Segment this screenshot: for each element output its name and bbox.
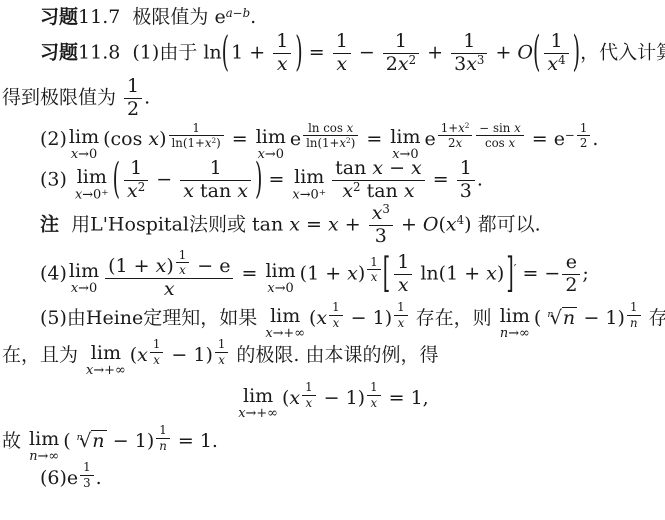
superscript: 1x (327, 301, 345, 329)
text-run: 1 (336, 30, 348, 52)
fraction: 1x (394, 301, 408, 329)
denominator: 2 (577, 135, 591, 149)
math-variable: x (179, 263, 186, 277)
math-variable: x (289, 213, 300, 235)
text-run: →0 (400, 147, 419, 162)
fence-body: 1x ln(1 + x) (390, 253, 506, 296)
fraction: 12 (124, 77, 142, 120)
math-variable: x (398, 53, 409, 75)
text-run: . (144, 86, 150, 108)
line-exercise-11-8-part5a: (5)由Heine定理知，如果 limx→+∞(x1x − 1)1x 存在，则 … (2, 301, 663, 336)
fraction: 1x (215, 338, 229, 366)
text-run: 3 (382, 202, 390, 216)
denominator: 3x3 (451, 53, 487, 75)
math-variable: x (156, 255, 167, 277)
text-run: 1 (153, 337, 161, 351)
text-run: 1 (210, 157, 222, 179)
math-variable: O (423, 213, 439, 235)
text-run: − (565, 127, 575, 141)
text-run: 故 (2, 430, 27, 452)
text-run: (2) (40, 128, 67, 150)
lim-subscript: x→0+ (292, 189, 326, 202)
numerator: 1 (544, 32, 568, 53)
text-run: 在，且为 (2, 344, 84, 366)
lim-subscript: x→+∞ (265, 328, 305, 341)
close-delimiter: ] (506, 253, 513, 295)
text-run: . (96, 467, 102, 489)
text-run: − (150, 168, 178, 190)
text-run: 1 (332, 300, 340, 314)
numerator: x3 (369, 204, 393, 225)
line-exercise-11-8-part1-result: 得到极限值为 12. (2, 77, 663, 120)
denominator: 3 (457, 180, 475, 202)
text-run: − 1) (318, 387, 366, 409)
fence-body: 1 + 1x (229, 32, 295, 75)
fraction: tan x − xx2 tan x (332, 159, 425, 202)
nth-root: n√n (547, 307, 577, 331)
text-run: − (353, 41, 381, 63)
bold-text: 习题 (40, 6, 78, 28)
denominator: x (367, 395, 381, 409)
text-run: ) (358, 262, 365, 284)
math-variable: O (517, 41, 533, 63)
text-run: 3 (83, 476, 91, 490)
fraction: 1x (367, 381, 381, 409)
denominator: x tan x (180, 180, 251, 202)
denominator: x2 tan x (332, 180, 425, 202)
radicand: n (91, 430, 106, 451)
numerator: 1 (394, 301, 408, 314)
limit-operator: limx→0 (69, 262, 99, 296)
lim-subscript: x→0 (71, 149, 97, 162)
text-run: tan (335, 157, 372, 179)
numerator: 1 (394, 253, 412, 274)
text-run: →∞ (508, 326, 530, 341)
close-delimiter: ) (295, 32, 302, 74)
text-run: + (421, 41, 449, 63)
line-exercise-11-8-part6: (6)e13. (2, 461, 663, 491)
fraction: 1x (150, 338, 164, 366)
text-run: + (489, 41, 517, 63)
superscript: 1n (154, 424, 172, 452)
denominator: n (156, 438, 170, 452)
text-run: − 1) (577, 307, 625, 329)
fraction: 1n (627, 301, 641, 329)
fraction: 12 (577, 122, 591, 150)
math-variable: x (347, 121, 354, 135)
text-run: + (101, 188, 108, 198)
superscript: 1+x22x− sin xcos x (436, 122, 526, 150)
math-variable: x (372, 202, 383, 224)
text-run: tan (194, 180, 237, 202)
fraction: 1x2 (124, 159, 148, 202)
math-variable: x (371, 396, 378, 410)
denominator: x (367, 269, 381, 283)
fraction: 1x (273, 32, 291, 75)
math-variable: a (226, 6, 233, 20)
text-run: 3 (477, 53, 485, 67)
denominator: x (150, 352, 164, 366)
superscript: + (101, 189, 108, 198)
text-run: = (360, 128, 388, 150)
denominator: x (333, 53, 351, 75)
denominator: x (215, 352, 229, 366)
fraction: e2 (562, 253, 580, 296)
numerator: 1 (124, 159, 148, 180)
math-variable: x (342, 180, 353, 202)
text-run: 1 (395, 30, 407, 52)
math-variable: x (148, 128, 159, 150)
text-run: + (395, 213, 423, 235)
fence-body: 1x4 (540, 32, 572, 75)
lim-subscript: x→+∞ (86, 365, 126, 378)
math-variable: x (398, 274, 409, 296)
lim-word: lim (265, 262, 295, 281)
superscript: 1x (148, 338, 166, 366)
math-variable: x (333, 316, 340, 330)
text-run: 1 (463, 30, 475, 52)
text-run: + (339, 213, 367, 235)
text-run: (4) (40, 262, 67, 284)
text-run: 1 (550, 30, 562, 52)
lim-word: lim (243, 387, 273, 406)
text-run: ) 都可以. (464, 213, 541, 235)
text-run: 1 (630, 300, 638, 314)
fenced-group: (1x2 − 1x tan x) (113, 159, 263, 202)
numerator: 1 (156, 424, 170, 437)
numerator: 1 (451, 32, 487, 53)
limit-operator: limx→0 (390, 128, 420, 162)
text-run: →0 (300, 187, 319, 202)
text-run: − e (191, 255, 230, 277)
numerator: tan x − x (332, 159, 425, 180)
fraction: ln cos xln(1+x2) (303, 122, 358, 150)
superscript: 2 (465, 122, 470, 129)
math-variable: x (205, 136, 212, 150)
numerator: 1 (169, 122, 224, 135)
math-variable: x (237, 180, 248, 202)
numerator: 1 (176, 249, 190, 262)
text-run: 的极限. 由本课的例，得 (230, 344, 438, 366)
numerator: e (562, 253, 580, 274)
math-variable: x (218, 353, 225, 367)
bold-text: 注 (40, 213, 59, 235)
fraction: 13x3 (451, 32, 487, 75)
denominator: 2x (438, 135, 473, 149)
text-run: 1 (397, 300, 405, 314)
text-run: tan (361, 180, 404, 202)
text-run: 2 (465, 121, 470, 130)
fraction: 1x (367, 256, 381, 284)
math-variable: x (455, 136, 462, 150)
numerator: 1 (627, 301, 641, 314)
denominator: 2 (124, 98, 142, 120)
lim-word: lim (390, 128, 420, 147)
math-variable: x (306, 396, 313, 410)
superscript: 1n (625, 301, 643, 329)
text-run: ln(1 + (414, 262, 486, 284)
math-variable: x (508, 136, 515, 150)
numerator: 1+x2 (438, 122, 473, 135)
denominator: x (105, 278, 233, 300)
text-run: 2 (409, 53, 417, 67)
text-run: = 1. (172, 430, 218, 452)
radical-sign: √ (79, 430, 91, 454)
limit-operator: limx→+∞ (265, 307, 305, 341)
open-delimiter: ( (113, 159, 120, 201)
superscript: 2 (409, 55, 417, 67)
denominator: ln(1+x2) (303, 135, 358, 149)
denominator: ln(1+x2) (169, 135, 224, 149)
text-run: 2 (580, 136, 588, 150)
math-variable: x (164, 278, 175, 300)
math-variable: x (339, 136, 346, 150)
limit-operator: limx→0 (69, 128, 99, 162)
lim-subscript: x→0 (392, 149, 418, 162)
numerator: 1 (215, 338, 229, 351)
line-exercise-11-8-part5c: 故 limn→∞( n√n − 1)1n = 1. (2, 424, 663, 459)
text-run: 1 + (231, 41, 271, 63)
text-run: ) (166, 255, 173, 277)
text-run: 2 (353, 180, 361, 194)
math-variable: x (316, 307, 327, 329)
text-run: 1 (397, 251, 409, 273)
line-exercise-11-8-part5b: 在，且为 limx→+∞(x1x − 1)1x 的极限. 由本课的例，得 (2, 338, 663, 373)
lim-word: lim (69, 128, 99, 147)
line-exercise-11-8-part3: (3) limx→0+(1x2 − 1x tan x) = limx→0+tan… (2, 159, 663, 202)
superscript: −12 (565, 122, 592, 150)
text-run: 存在，则 (410, 307, 498, 329)
denominator: n (627, 315, 641, 329)
text-run: →+∞ (93, 363, 125, 378)
text-run: (cos (103, 128, 148, 150)
text-run: →+∞ (246, 406, 278, 421)
line-display-formula: limx→+∞(x1x − 1)1x = 1, (2, 381, 663, 416)
text-run: = (262, 168, 290, 190)
numerator: ln cos x (303, 122, 358, 135)
text-run: e (566, 251, 577, 273)
line-exercise-11-7: 习题11.7 极限值为 ea−b. (2, 6, 663, 30)
fraction: 1+x22x (438, 122, 473, 150)
radical-sign: √ (550, 307, 562, 331)
superscript: 1x (174, 249, 192, 277)
text-run: 1 (159, 423, 167, 437)
text-run: . (592, 128, 598, 150)
text-run: − sin (479, 121, 514, 135)
math-variable: x (277, 53, 288, 75)
superscript: ln cos xln(1+x2) (301, 122, 360, 150)
numerator: − sin x (476, 122, 523, 135)
math-variable: n (630, 316, 638, 330)
text-run: − 1) (107, 430, 155, 452)
text-run: (1 + (108, 255, 156, 277)
lim-word: lim (91, 344, 121, 363)
denominator: 2 (562, 274, 580, 296)
numerator: 1 (333, 32, 351, 53)
math-variable: x (446, 213, 457, 235)
open-delimiter: ( (533, 32, 540, 74)
denominator: x (273, 53, 291, 75)
numerator: 1 (80, 461, 94, 474)
math-variable: x (336, 53, 347, 75)
lim-subscript: x→0 (267, 283, 293, 296)
math-variable: x (328, 213, 339, 235)
math-variable: b (243, 6, 251, 20)
text-run: →0 (82, 187, 101, 202)
math-variable: x (347, 262, 358, 284)
text-run: →0 (275, 281, 294, 296)
lim-word: lim (270, 307, 300, 326)
text-run: ( (439, 213, 446, 235)
line-exercise-11-8-part2: (2)limx→0(cos x)1ln(1+x2) = limx→0eln co… (2, 122, 663, 157)
math-variable: x (486, 262, 497, 284)
close-delimiter: ) (255, 159, 262, 201)
text-run: (5)由Heine定理知，如果 (40, 307, 263, 329)
fence-body: 1x2 − 1x tan x (120, 159, 255, 202)
text-run: →∞ (38, 449, 60, 464)
text-run: . (477, 168, 483, 190)
lim-subscript: n→∞ (29, 451, 59, 464)
text-run: 用L'Hospital法则或 tan (59, 213, 289, 235)
open-delimiter: [ (383, 253, 390, 295)
text-run: 得到极限值为 (2, 86, 122, 108)
text-run: + (319, 188, 326, 198)
text-run: (3) (40, 168, 73, 190)
text-run: 1 (83, 460, 91, 474)
math-variable: x (458, 121, 465, 135)
lim-subscript: x→0 (71, 283, 97, 296)
text-run: e (424, 128, 435, 150)
numerator: 1 (457, 159, 475, 180)
math-variable: x (153, 353, 160, 367)
text-run: . (250, 6, 256, 28)
text-run: 2 (127, 98, 139, 120)
lim-subscript: n→∞ (500, 328, 530, 341)
text-run: 1 (130, 157, 142, 179)
fraction: 13 (80, 461, 94, 489)
text-run: 1 (179, 248, 187, 262)
limit-operator: limx→+∞ (86, 344, 126, 378)
lim-word: lim (69, 262, 99, 281)
denominator: x (302, 395, 316, 409)
text-run: ，代入计算 (580, 41, 665, 63)
math-variable: x (398, 316, 405, 330)
denominator: 2x2 (383, 53, 419, 75)
numerator: 1 (273, 32, 291, 53)
superscript: 1x (300, 381, 318, 409)
document-body: 习题11.7 极限值为 ea−b.习题11.8 (1)由于 ln(1 + 1x)… (0, 0, 665, 491)
math-variable: x (371, 270, 378, 284)
superscript: 1x (392, 301, 410, 329)
numerator: 1 (329, 301, 343, 314)
fenced-group: (1 + 1x) (222, 32, 303, 75)
superscript: 2 (138, 182, 146, 194)
math-variable: x (404, 180, 415, 202)
text-run: ( (63, 430, 76, 452)
text-run: 2 (138, 180, 146, 194)
lim-subscript: x→+∞ (238, 408, 278, 421)
line-note: 注 用L'Hospital法则或 tan x = x + x33 + O(x4)… (2, 204, 663, 247)
lim-word: lim (500, 307, 530, 326)
text-run: = 1, (383, 387, 429, 409)
text-run: →0 (78, 281, 97, 296)
text-run: ( (534, 307, 547, 329)
bold-text: 习题 (40, 41, 78, 63)
text-run: = − (516, 262, 560, 284)
text-run: 1 (305, 380, 313, 394)
superscript: 4 (558, 55, 566, 67)
fraction: 1ln(1+x2) (169, 122, 224, 150)
text-run: = e (526, 128, 565, 150)
math-variable: x (372, 157, 383, 179)
text-run: − (233, 6, 243, 20)
text-run: 1+ (441, 121, 458, 135)
denominator: x (394, 274, 412, 296)
text-run: 3 (375, 225, 387, 247)
numerator: 1 (367, 256, 381, 269)
text-run: ) (351, 136, 356, 150)
superscript: 1x (365, 381, 383, 409)
text-run: − 1) (165, 344, 213, 366)
text-run: (6)e (40, 467, 78, 489)
lim-word: lim (29, 430, 59, 449)
numerator: 1 (302, 381, 316, 394)
fenced-group: (1x4) (533, 32, 580, 75)
line-exercise-11-8-part4: (4)limx→0(1 + x)1x − ex = limx→0(1 + x)1… (2, 249, 663, 300)
fraction: 1x4 (544, 32, 568, 75)
text-run: 2 (565, 274, 577, 296)
text-run: − 1) (345, 307, 393, 329)
text-run: 11.8 (1)由于 ln (78, 41, 222, 63)
text-run: ) (159, 128, 166, 150)
text-run: 2 (386, 53, 398, 75)
text-run: 1 (370, 255, 378, 269)
superscript: 2 (353, 182, 361, 194)
text-run: = (226, 128, 254, 150)
text-run: = (427, 168, 455, 190)
numerator: 1 (124, 77, 142, 98)
text-run: cos (485, 136, 508, 150)
fraction: 12x2 (383, 32, 419, 75)
limit-operator: limx→0 (265, 262, 295, 296)
text-run: 3 (454, 53, 466, 75)
limit-operator: limn→∞ (29, 430, 59, 464)
text-run: = (300, 213, 328, 235)
math-variable: x (289, 387, 300, 409)
text-run: 1 (370, 380, 378, 394)
fraction: (1 + x)1x − ex (105, 249, 233, 300)
text-run: ) (497, 262, 504, 284)
text-run: →+∞ (273, 326, 305, 341)
fraction: 1x tan x (180, 159, 251, 202)
math-variable: x (127, 180, 138, 202)
limit-operator: limx→0+ (75, 168, 109, 202)
limit-operator: limx→+∞ (238, 387, 278, 421)
lim-word: lim (256, 128, 286, 147)
denominator: x2 (124, 180, 148, 202)
text-run: ln(1+ (306, 136, 339, 150)
math-variable: n (92, 430, 104, 452)
text-run: →0 (78, 147, 97, 162)
denominator: x (394, 315, 408, 329)
text-run: 存 (643, 307, 665, 329)
numerator: (1 + x)1x − e (105, 249, 233, 278)
close-delimiter: ) (573, 32, 580, 74)
text-run: (1 + (300, 262, 348, 284)
lim-word: lim (77, 168, 107, 187)
denominator: cos x (476, 135, 523, 149)
text-run: 1 (276, 30, 288, 52)
